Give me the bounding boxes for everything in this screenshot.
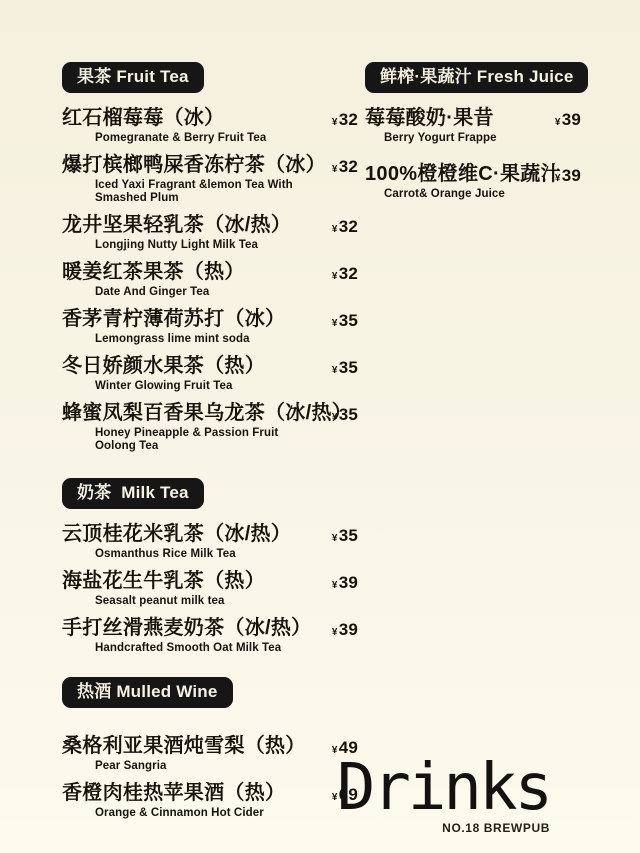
yen-symbol: ¥: [332, 164, 338, 175]
yen-symbol: ¥: [332, 117, 338, 128]
section-fresh-juice: 鲜榨·果蔬汁 Fresh Juice 莓莓酸奶·果昔 ¥39 Berry Yog…: [365, 62, 581, 201]
yen-symbol: ¥: [332, 533, 338, 544]
item-price: ¥39: [555, 110, 581, 130]
menu-item: 冬日娇颜水果茶（热） ¥35 Winter Glowing Fruit Tea: [62, 354, 358, 393]
item-row: 红石榴莓莓（冰） ¥32: [62, 106, 358, 130]
menu-item: 海盐花生牛乳茶（热） ¥39 Seasalt peanut milk tea: [62, 569, 358, 608]
item-price: ¥35: [332, 358, 358, 378]
section-milk-tea: 奶茶 Milk Tea 云顶桂花米乳茶（冰/热） ¥35 Osmanthus R…: [62, 478, 358, 655]
item-row: 云顶桂花米乳茶（冰/热） ¥35: [62, 522, 358, 546]
item-name: 云顶桂花米乳茶（冰/热）: [62, 522, 322, 546]
section-header-fresh-juice: 鲜榨·果蔬汁 Fresh Juice: [365, 62, 588, 93]
item-name: 红石榴莓莓（冰）: [62, 106, 322, 130]
item-name: 爆打槟榔鸭屎香冻柠茶（冰）: [62, 153, 322, 177]
yen-symbol: ¥: [332, 412, 338, 423]
price-value: 32: [339, 157, 358, 176]
item-row: 暖姜红茶果茶（热） ¥32: [62, 260, 358, 284]
item-description: Carrot& Orange Juice: [384, 188, 581, 201]
item-price: ¥35: [332, 526, 358, 546]
brand-logo: Drinks NO.18 BREWPUB: [337, 758, 550, 835]
yen-symbol: ¥: [332, 365, 338, 376]
item-price: ¥32: [332, 157, 358, 177]
menu-item: 桑格利亚果酒炖雪梨（热） ¥49 Pear Sangria: [62, 734, 358, 773]
item-row: 蜂蜜凤梨百香果乌龙茶（冰/热） ¥35: [62, 401, 358, 425]
yen-symbol: ¥: [332, 627, 338, 638]
item-price: ¥39: [555, 166, 581, 186]
item-row: 100%橙橙维C·果蔬汁 ¥39: [365, 162, 581, 186]
price-value: 39: [562, 110, 581, 129]
item-description: Seasalt peanut milk tea: [95, 595, 310, 608]
item-row: 莓莓酸奶·果昔 ¥39: [365, 106, 581, 130]
item-description: Orange & Cinnamon Hot Cider: [95, 807, 310, 820]
price-value: 35: [339, 311, 358, 330]
menu-item: 龙井坚果轻乳茶（冰/热） ¥32 Longjing Nutty Light Mi…: [62, 213, 358, 252]
item-description: Lemongrass lime mint soda: [95, 333, 310, 346]
item-price: ¥35: [332, 405, 358, 425]
price-value: 32: [339, 110, 358, 129]
menu-item: 手打丝滑燕麦奶茶（冰/热） ¥39 Handcrafted Smooth Oat…: [62, 616, 358, 655]
section-header-mulled-wine: 热酒 Mulled Wine: [62, 677, 233, 708]
yen-symbol: ¥: [332, 224, 338, 235]
item-name: 香茅青柠薄荷苏打（冰）: [62, 307, 322, 331]
item-row: 香茅青柠薄荷苏打（冰） ¥35: [62, 307, 358, 331]
section-mulled-wine: 热酒 Mulled Wine 桑格利亚果酒炖雪梨（热） ¥49 Pear San…: [62, 677, 358, 820]
right-column: 鲜榨·果蔬汁 Fresh Juice 莓莓酸奶·果昔 ¥39 Berry Yog…: [365, 62, 581, 218]
item-name: 莓莓酸奶·果昔: [365, 106, 545, 130]
item-name: 龙井坚果轻乳茶（冰/热）: [62, 213, 322, 237]
item-description: Handcrafted Smooth Oat Milk Tea: [95, 642, 310, 655]
menu-item: 香茅青柠薄荷苏打（冰） ¥35 Lemongrass lime mint sod…: [62, 307, 358, 346]
item-row: 香橙肉桂热苹果酒（热） ¥69: [62, 781, 358, 805]
section-fruit-tea: 果茶 Fruit Tea 红石榴莓莓（冰） ¥32 Pomegranate & …: [62, 62, 358, 453]
price-value: 39: [562, 166, 581, 185]
item-price: ¥35: [332, 311, 358, 331]
item-description: Winter Glowing Fruit Tea: [95, 380, 310, 393]
item-row: 龙井坚果轻乳茶（冰/热） ¥32: [62, 213, 358, 237]
yen-symbol: ¥: [332, 580, 338, 591]
item-price: ¥32: [332, 110, 358, 130]
yen-symbol: ¥: [555, 173, 561, 184]
section-header-milk-tea: 奶茶 Milk Tea: [62, 478, 204, 509]
price-value: 35: [339, 405, 358, 424]
price-value: 35: [339, 526, 358, 545]
item-name: 100%橙橙维C·果蔬汁: [365, 162, 545, 186]
left-column: 果茶 Fruit Tea 红石榴莓莓（冰） ¥32 Pomegranate & …: [62, 62, 358, 828]
item-price: ¥39: [332, 573, 358, 593]
menu-item: 蜂蜜凤梨百香果乌龙茶（冰/热） ¥35 Honey Pineapple & Pa…: [62, 401, 358, 453]
yen-symbol: ¥: [332, 318, 338, 329]
brand-logo-title: Drinks: [337, 758, 550, 819]
item-description: Berry Yogurt Frappe: [384, 132, 581, 145]
menu-item: 香橙肉桂热苹果酒（热） ¥69 Orange & Cinnamon Hot Ci…: [62, 781, 358, 820]
item-name: 海盐花生牛乳茶（热）: [62, 569, 322, 593]
item-price: ¥39: [332, 620, 358, 640]
price-value: 39: [339, 620, 358, 639]
item-name: 暖姜红茶果茶（热）: [62, 260, 322, 284]
item-price: ¥32: [332, 264, 358, 284]
item-name: 蜂蜜凤梨百香果乌龙茶（冰/热）: [62, 401, 322, 425]
menu-item: 100%橙橙维C·果蔬汁 ¥39 Carrot& Orange Juice: [365, 162, 581, 201]
item-description: Pomegranate & Berry Fruit Tea: [95, 132, 310, 145]
item-row: 冬日娇颜水果茶（热） ¥35: [62, 354, 358, 378]
menu-item: 云顶桂花米乳茶（冰/热） ¥35 Osmanthus Rice Milk Tea: [62, 522, 358, 561]
item-description: Iced Yaxi Fragrant &lemon Tea With Smash…: [95, 179, 310, 205]
item-name: 桑格利亚果酒炖雪梨（热）: [62, 734, 322, 758]
price-value: 39: [339, 573, 358, 592]
item-description: Date And Ginger Tea: [95, 286, 310, 299]
section-header-fruit-tea: 果茶 Fruit Tea: [62, 62, 204, 93]
item-row: 手打丝滑燕麦奶茶（冰/热） ¥39: [62, 616, 358, 640]
price-value: 32: [339, 217, 358, 236]
item-price: ¥32: [332, 217, 358, 237]
yen-symbol: ¥: [555, 117, 561, 128]
price-value: 32: [339, 264, 358, 283]
menu-item: 暖姜红茶果茶（热） ¥32 Date And Ginger Tea: [62, 260, 358, 299]
menu-item: 爆打槟榔鸭屎香冻柠茶（冰） ¥32 Iced Yaxi Fragrant &le…: [62, 153, 358, 205]
item-description: Honey Pineapple & Passion Fruit Oolong T…: [95, 427, 310, 453]
menu-item: 红石榴莓莓（冰） ¥32 Pomegranate & Berry Fruit T…: [62, 106, 358, 145]
item-row: 桑格利亚果酒炖雪梨（热） ¥49: [62, 734, 358, 758]
item-row: 爆打槟榔鸭屎香冻柠茶（冰） ¥32: [62, 153, 358, 177]
item-row: 海盐花生牛乳茶（热） ¥39: [62, 569, 358, 593]
yen-symbol: ¥: [332, 271, 338, 282]
item-name: 冬日娇颜水果茶（热）: [62, 354, 322, 378]
item-description: Osmanthus Rice Milk Tea: [95, 548, 310, 561]
item-name: 手打丝滑燕麦奶茶（冰/热）: [62, 616, 322, 640]
menu-item: 莓莓酸奶·果昔 ¥39 Berry Yogurt Frappe: [365, 106, 581, 145]
price-value: 35: [339, 358, 358, 377]
item-description: Pear Sangria: [95, 760, 310, 773]
item-description: Longjing Nutty Light Milk Tea: [95, 239, 310, 252]
item-name: 香橙肉桂热苹果酒（热）: [62, 781, 322, 805]
